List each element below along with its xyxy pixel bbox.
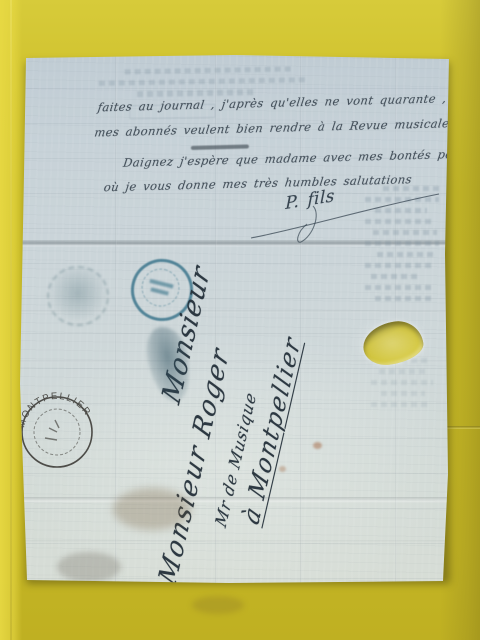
stain-on-background [192,596,244,614]
worn-halo-around-hole [349,314,435,372]
faded-postmark-smudge [47,266,109,326]
montpellier-postmark-text: MONTPELLIER [16,391,93,429]
background-crease-left [10,0,12,640]
letter-line-3: Daignez j'espère que madame avec mes bon… [122,145,480,169]
letter-line-1: faites au journal , j'après qu'elles ne … [97,89,480,114]
stain-rust-dot-2 [279,466,286,472]
ink-smear-dash [191,144,249,150]
photo-of-old-letter: faites au journal , j'après qu'elles ne … [0,0,480,640]
montpellier-postmark-stamp: MONTPELLIER [15,390,99,474]
svg-text:MONTPELLIER: MONTPELLIER [16,391,93,429]
letter-line-2: mes abonnés veulent bien rendre à la Rev… [94,116,451,139]
letter-paper: faites au journal , j'après qu'elles ne … [19,54,451,584]
stain-brown-left [113,488,191,530]
stain-gray-bottom-left [57,552,121,582]
stain-rust-dot-1 [313,442,322,449]
